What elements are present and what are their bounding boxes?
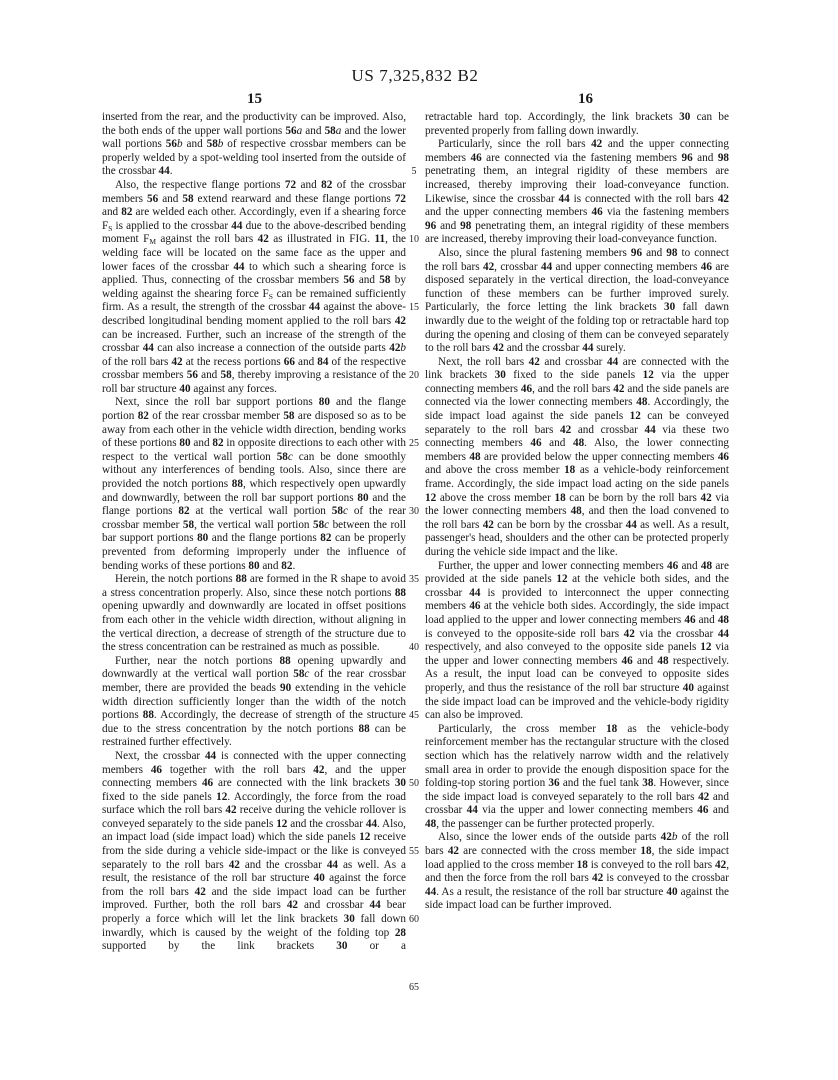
line-number: 25: [403, 437, 425, 451]
line-number: 10: [403, 233, 425, 247]
column-15-text: inserted from the rear, and the producti…: [102, 111, 406, 954]
patent-page: US 7,325,832 B2 15 16 inserted from the …: [0, 0, 838, 1080]
line-number: 15: [403, 301, 425, 315]
column-number-16: 16: [434, 91, 737, 108]
paragraph: Also, since the lower ends of the outsid…: [425, 831, 729, 913]
paragraph: Also, the respective flange portions 72 …: [102, 179, 406, 397]
line-number: 55: [403, 845, 425, 859]
column-number-15: 15: [103, 91, 406, 108]
line-number: 5: [403, 165, 425, 179]
line-number: 65: [403, 981, 425, 995]
patent-number-header: US 7,325,832 B2: [0, 66, 830, 86]
column-16-text: retractable hard top. Accordingly, the l…: [425, 111, 729, 913]
paragraph: Next, the crossbar 44 is connected with …: [102, 750, 406, 954]
line-number: 20: [403, 369, 425, 383]
paragraph: Further, near the notch portions 88 open…: [102, 655, 406, 750]
paragraph: Particularly, the cross member 18 as the…: [425, 723, 729, 832]
line-number: 40: [403, 641, 425, 655]
paragraph: Herein, the notch portions 88 are formed…: [102, 573, 406, 655]
paragraph: Also, since the plural fastening members…: [425, 247, 729, 356]
paragraph: Particularly, since the roll bars 42 and…: [425, 138, 729, 247]
line-number: 45: [403, 709, 425, 723]
paragraph: retractable hard top. Accordingly, the l…: [425, 111, 729, 138]
line-numbers: 5101520253035404550556065: [403, 111, 425, 1041]
paragraph: Next, since the roll bar support portion…: [102, 396, 406, 573]
line-number: 30: [403, 505, 425, 519]
line-number: 35: [403, 573, 425, 587]
paragraph: Next, the roll bars 42 and crossbar 44 a…: [425, 356, 729, 560]
line-number: 50: [403, 777, 425, 791]
paragraph: Further, the upper and lower connecting …: [425, 560, 729, 723]
line-number: 60: [403, 913, 425, 927]
paragraph: inserted from the rear, and the producti…: [102, 111, 406, 179]
